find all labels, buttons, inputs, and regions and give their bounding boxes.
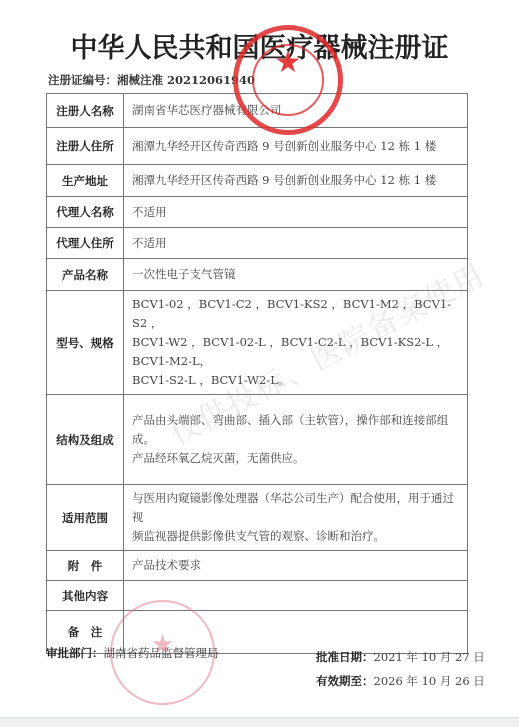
value-line: 产品由头端部、弯曲部、插入部（主软管），操作部和连接部组成。: [132, 411, 459, 449]
value-line: BCV1-W2 ，BCV1-02-L ，BCV1-C2-L ，BCV1-KS2-…: [132, 333, 459, 371]
row-label: 结构及组成: [47, 395, 124, 485]
table-row: 产品名称 一次性电子支气管镜: [47, 259, 468, 291]
row-label: 其他内容: [47, 581, 124, 611]
company-seal: ★: [233, 25, 343, 135]
row-value: 与医用内窥镜影像处理器（华芯公司生产）配合使用，用于通过视 频监视器提供影像供支…: [124, 485, 468, 551]
value-line: BCV1-02 ，BCV1-C2 ，BCV1-KS2 ，BCV1-M2 ，BCV…: [132, 295, 459, 333]
approval-date-label: 批准日期：: [316, 650, 374, 664]
table-row: 型号、规格 BCV1-02 ，BCV1-C2 ，BCV1-KS2 ，BCV1-M…: [47, 291, 468, 395]
valid-until-value: 2026 年 10 月 26 日: [374, 674, 485, 688]
value-line: 频监视器提供影像供支气管的观察、诊断和治疗。: [132, 527, 459, 546]
value-line: BCV1-S2-L ，BCV1-W2-L。: [132, 371, 459, 390]
table-row: 生产地址 湘潭九华经开区传奇西路 9 号创新创业服务中心 12 栋 1 楼: [47, 165, 468, 197]
row-value: 不适用: [124, 197, 468, 228]
value-line: 产品经环氧乙烷灭菌，无菌供应。: [132, 449, 459, 468]
value-line: 与医用内窥镜影像处理器（华芯公司生产）配合使用，用于通过视: [132, 489, 459, 527]
table-row: 其他内容: [47, 581, 468, 611]
row-value: 一次性电子支气管镜: [124, 259, 468, 291]
row-label: 注册人住所: [47, 128, 124, 165]
registration-number-label: 注册证编号：: [48, 73, 117, 87]
row-label: 产品名称: [47, 259, 124, 291]
valid-until-label: 有效期至：: [316, 674, 374, 688]
row-value: BCV1-02 ，BCV1-C2 ，BCV1-KS2 ，BCV1-M2 ，BCV…: [124, 291, 468, 395]
row-value: 产品技术要求: [124, 551, 468, 581]
approval-date-value: 2021 年 10 月 27 日: [374, 650, 485, 664]
table-row: 代理人名称 不适用: [47, 197, 468, 228]
date-block: 批准日期：2021 年 10 月 27 日 有效期至：2026 年 10 月 2…: [316, 645, 485, 693]
registration-number: 注册证编号：湘械注准 20212061940: [48, 72, 255, 88]
row-label: 型号、规格: [47, 291, 124, 395]
valid-until: 有效期至：2026 年 10 月 26 日: [316, 669, 485, 693]
row-value: 湘潭九华经开区传奇西路 9 号创新创业服务中心 12 栋 1 楼: [124, 165, 468, 197]
row-label: 适用范围: [47, 485, 124, 551]
row-value: 产品由头端部、弯曲部、插入部（主软管），操作部和连接部组成。 产品经环氧乙烷灭菌…: [124, 395, 468, 485]
table-row: 结构及组成 产品由头端部、弯曲部、插入部（主软管），操作部和连接部组成。 产品经…: [47, 395, 468, 485]
table-row: 代理人住所 不适用: [47, 228, 468, 259]
authority-seal: ★: [110, 600, 215, 705]
row-label: 附 件: [47, 551, 124, 581]
row-label: 生产地址: [47, 165, 124, 197]
row-value: 不适用: [124, 228, 468, 259]
star-icon: ★: [112, 630, 213, 660]
approval-authority-label: 审批部门：: [46, 646, 104, 660]
certificate-table: 注册人名称 湖南省华芯医疗器械有限公司 注册人住所 湘潭九华经开区传奇西路 9 …: [46, 93, 468, 654]
star-icon: ★: [238, 48, 338, 78]
approval-date: 批准日期：2021 年 10 月 27 日: [316, 645, 485, 669]
table-row: 附 件 产品技术要求: [47, 551, 468, 581]
table-row: 注册人住所 湘潭九华经开区传奇西路 9 号创新创业服务中心 12 栋 1 楼: [47, 128, 468, 165]
viewer-bottom-band: [0, 717, 519, 727]
row-label: 代理人名称: [47, 197, 124, 228]
table-row: 适用范围 与医用内窥镜影像处理器（华芯公司生产）配合使用，用于通过视 频监视器提…: [47, 485, 468, 551]
row-label: 代理人住所: [47, 228, 124, 259]
row-label: 注册人名称: [47, 94, 124, 128]
